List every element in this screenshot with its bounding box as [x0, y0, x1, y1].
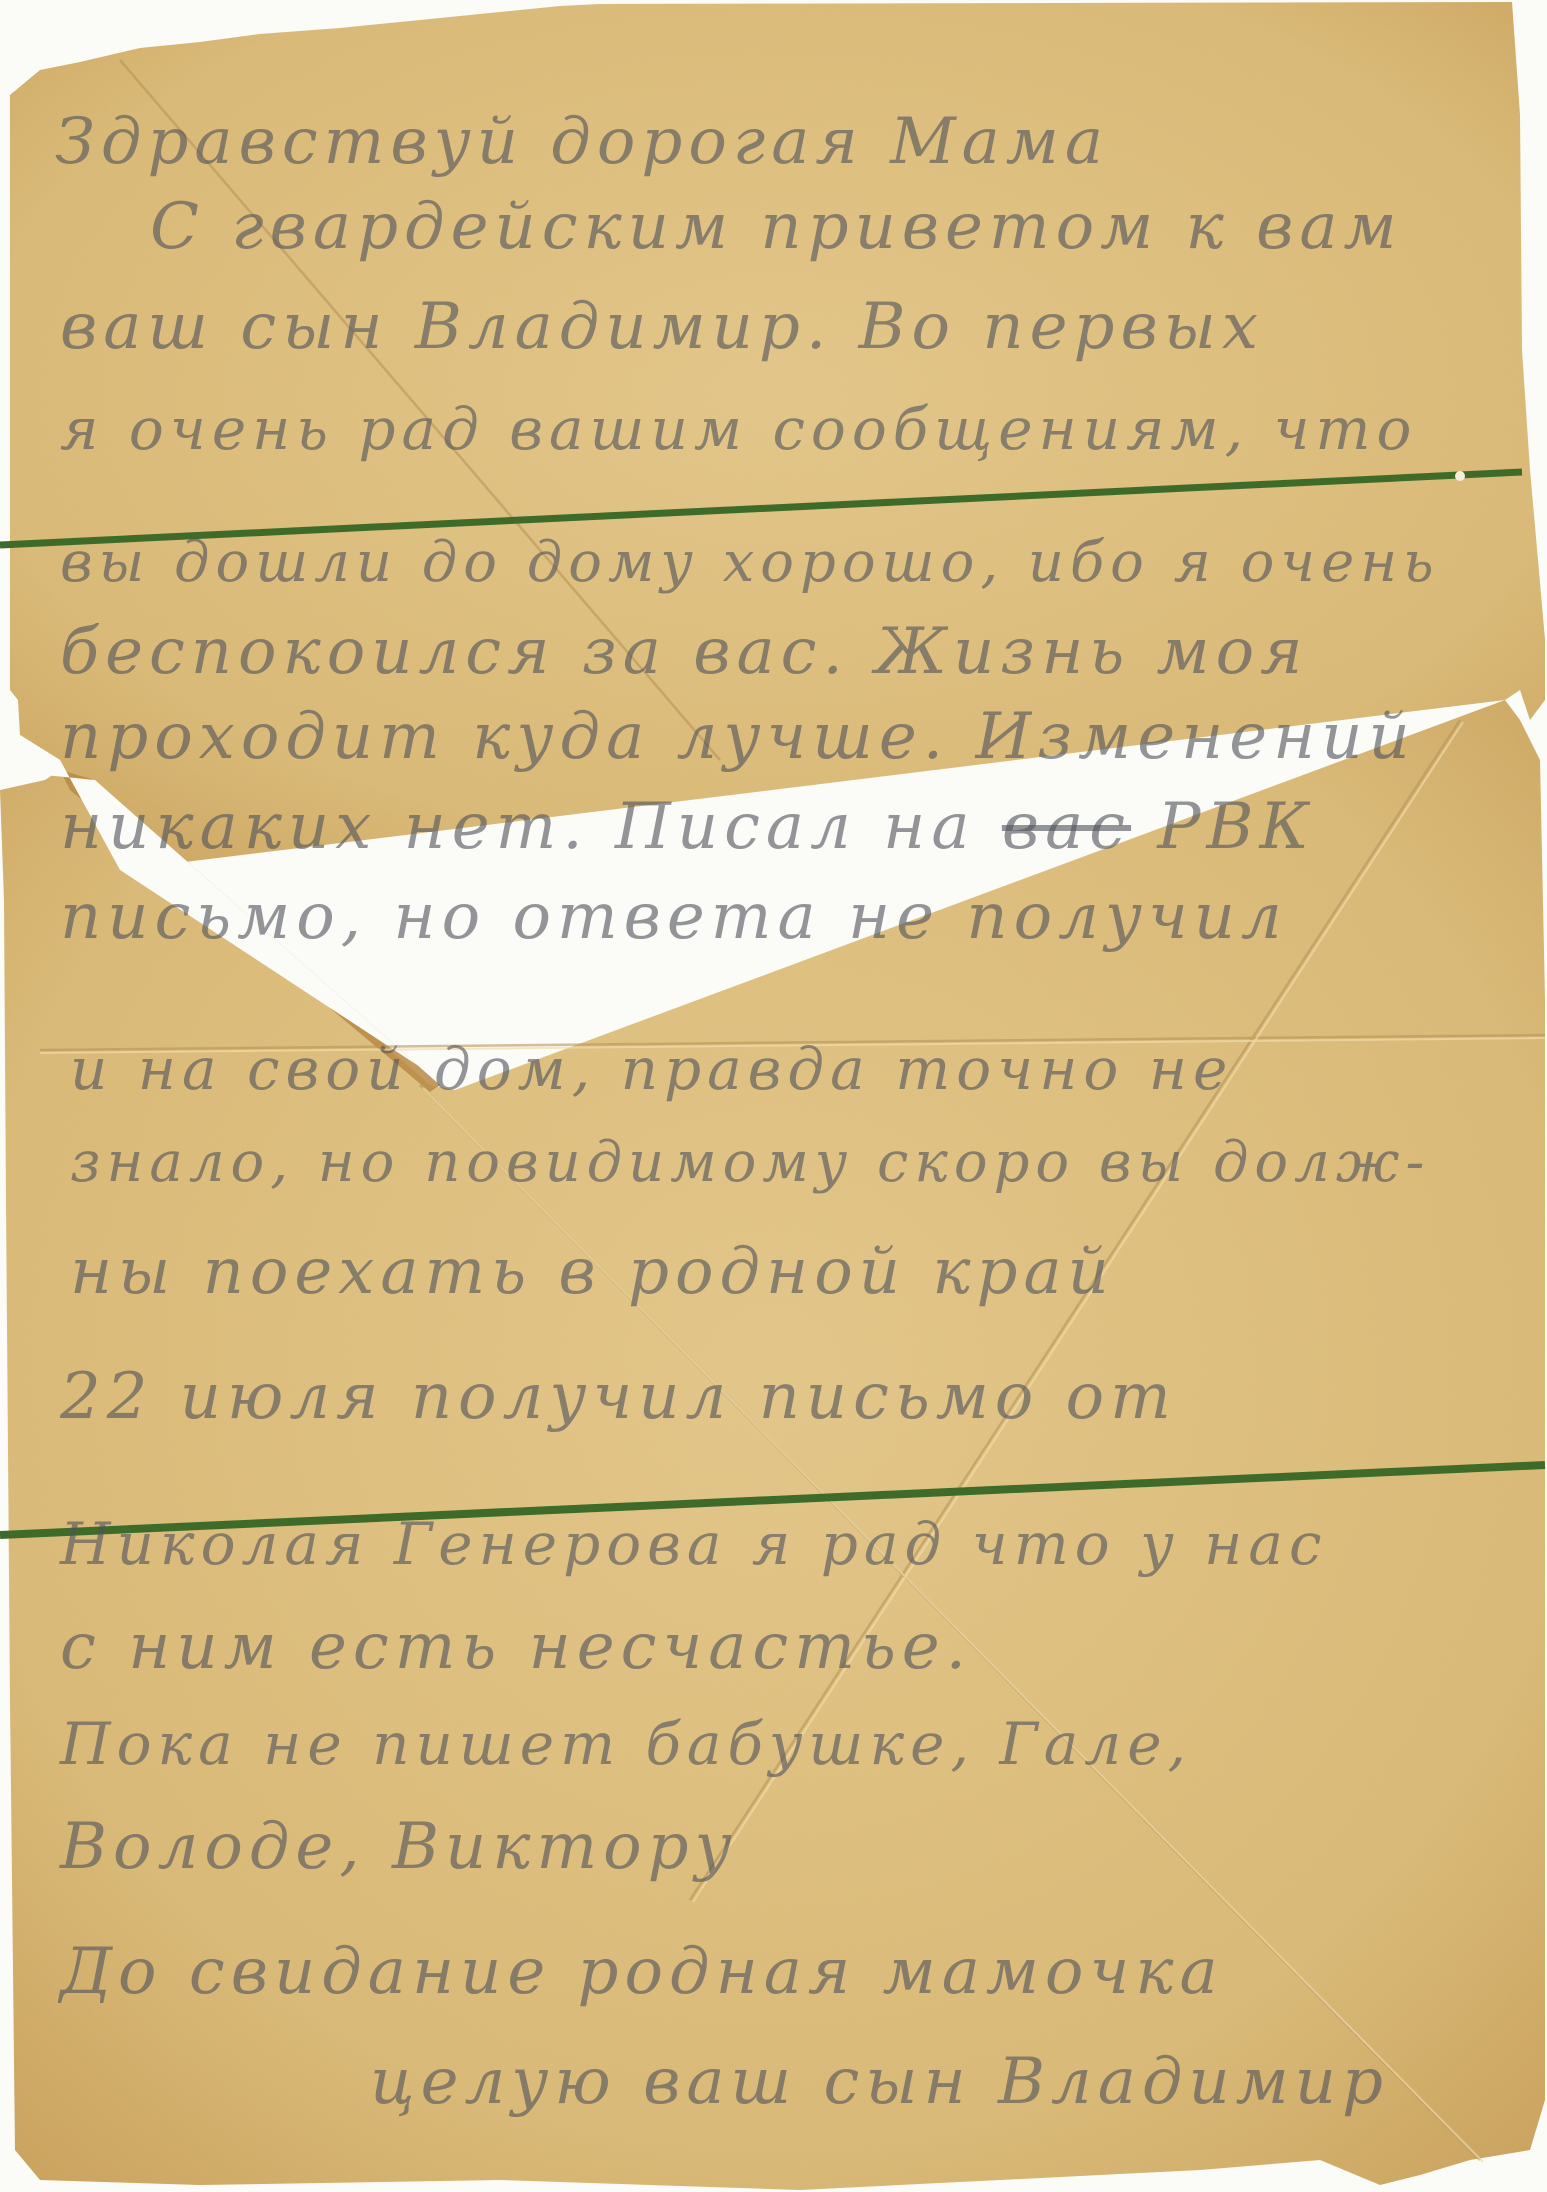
- letter-paper: [0, 0, 1547, 2192]
